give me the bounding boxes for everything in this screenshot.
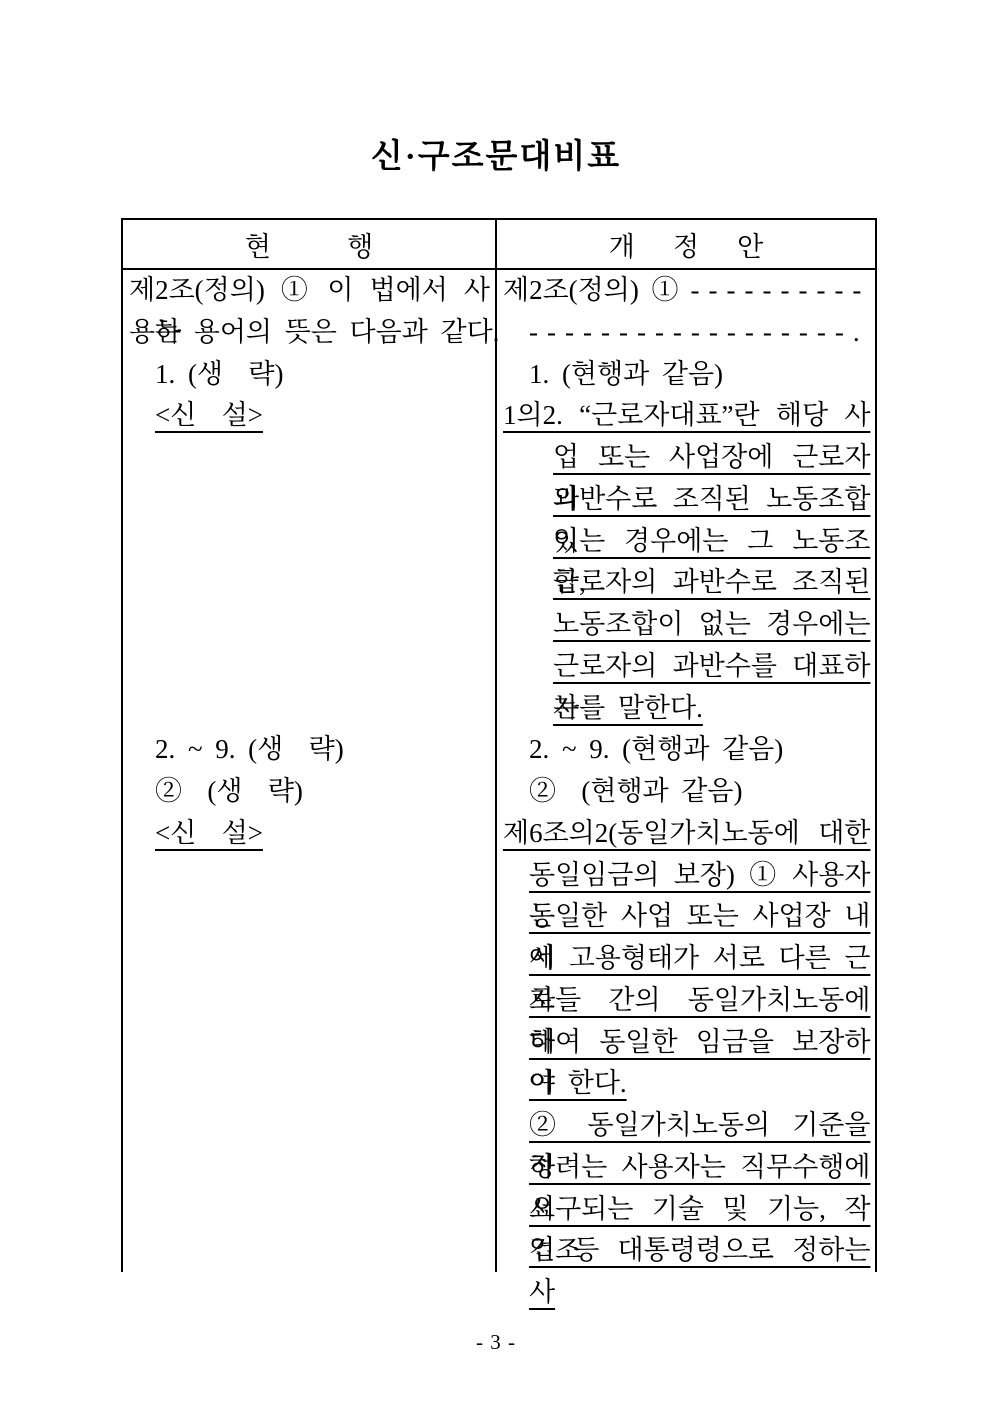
unchanged-text-dashes: ---------- <box>691 275 871 305</box>
left-line-1: 는 용어의 뜻은 다음과 같다. <box>123 312 495 354</box>
document-title: 신·구조문대비표 <box>0 130 992 177</box>
left-line-3: <신 설> <box>123 395 495 437</box>
right-line-10: 자를 말한다. <box>497 688 875 730</box>
right-line-2: 1. (현행과 같음) <box>497 354 875 396</box>
comparison-table: 현 행 개 정 안 제2조(정의) ① 이 법에서 사용하 는 용어의 뜻은 다… <box>121 218 877 1272</box>
right-line-14: 동일임금의 보장) ① 사용자는 <box>497 855 875 897</box>
right-line-22: 요구되는 기술 및 기능, 작업조 <box>497 1189 875 1231</box>
left-line-4: 2. ~ 9. (생 략) <box>123 729 495 771</box>
right-line-1: ------------------. <box>497 312 875 354</box>
header-current-column: 현 행 <box>123 220 497 268</box>
right-line-12: ② (현행과 같음) <box>497 771 875 813</box>
right-line-6: 있는 경우에는 그 노동조합, <box>497 521 875 563</box>
left-line-2: 1. (생 략) <box>123 354 495 396</box>
right-line-9: 근로자의 과반수를 대표하는 <box>497 646 875 688</box>
left-line-0: 제2조(정의) ① 이 법에서 사용하 <box>123 270 495 312</box>
table-body: 제2조(정의) ① 이 법에서 사용하 는 용어의 뜻은 다음과 같다. 1. … <box>123 270 875 1272</box>
right-line-13: 제6조의2(동일가치노동에 대한 <box>497 813 875 855</box>
left-line-6: <신 설> <box>123 813 495 855</box>
right-line-11: 2. ~ 9. (현행과 같음) <box>497 729 875 771</box>
right-line-15: 동일한 사업 또는 사업장 내에 <box>497 896 875 938</box>
right-line-7: 근로자의 과반수로 조직된 <box>497 562 875 604</box>
header-revised-column: 개 정 안 <box>497 220 875 268</box>
right-line-17: 자들 간의 동일가치노동에 대 <box>497 980 875 1022</box>
right-line-4: 업 또는 사업장에 근로자의 <box>497 437 875 479</box>
revised-column: 제2조(정의) ①---------- ------------------. … <box>497 270 875 1272</box>
right-line-8: 노동조합이 없는 경우에는 <box>497 604 875 646</box>
empty-lines-spacer <box>123 437 495 729</box>
document-page: 신·구조문대비표 현 행 개 정 안 제2조(정의) ① 이 법에서 사용하 는… <box>0 0 992 1403</box>
table-header-row: 현 행 개 정 안 <box>123 220 875 270</box>
new-provision-marker: <신 설> <box>155 818 263 848</box>
right-line-21: 하려는 사용자는 직무수행에서 <box>497 1147 875 1189</box>
right-line-16: 서 고용형태가 서로 다른 근로 <box>497 938 875 980</box>
right-line-19: 야 한다. <box>497 1063 875 1105</box>
new-provision-marker: <신 설> <box>155 400 263 430</box>
right-line-0: 제2조(정의) ①---------- <box>497 270 875 312</box>
article-label: 제2조(정의) ① <box>503 275 679 305</box>
right-line-5: 과반수로 조직된 노동조합이 <box>497 479 875 521</box>
left-line-5: ② (생 략) <box>123 771 495 813</box>
right-line-23: 건 등 대통령령으로 정하는 사 <box>497 1230 875 1272</box>
right-line-20: ② 동일가치노동의 기준을 정 <box>497 1105 875 1147</box>
right-line-3: 1의2. “근로자대표”란 해당 사 <box>497 395 875 437</box>
right-line-18: 하여 동일한 임금을 보장하여 <box>497 1022 875 1064</box>
page-number: - 3 - <box>0 1330 992 1355</box>
current-column: 제2조(정의) ① 이 법에서 사용하 는 용어의 뜻은 다음과 같다. 1. … <box>123 270 497 1272</box>
